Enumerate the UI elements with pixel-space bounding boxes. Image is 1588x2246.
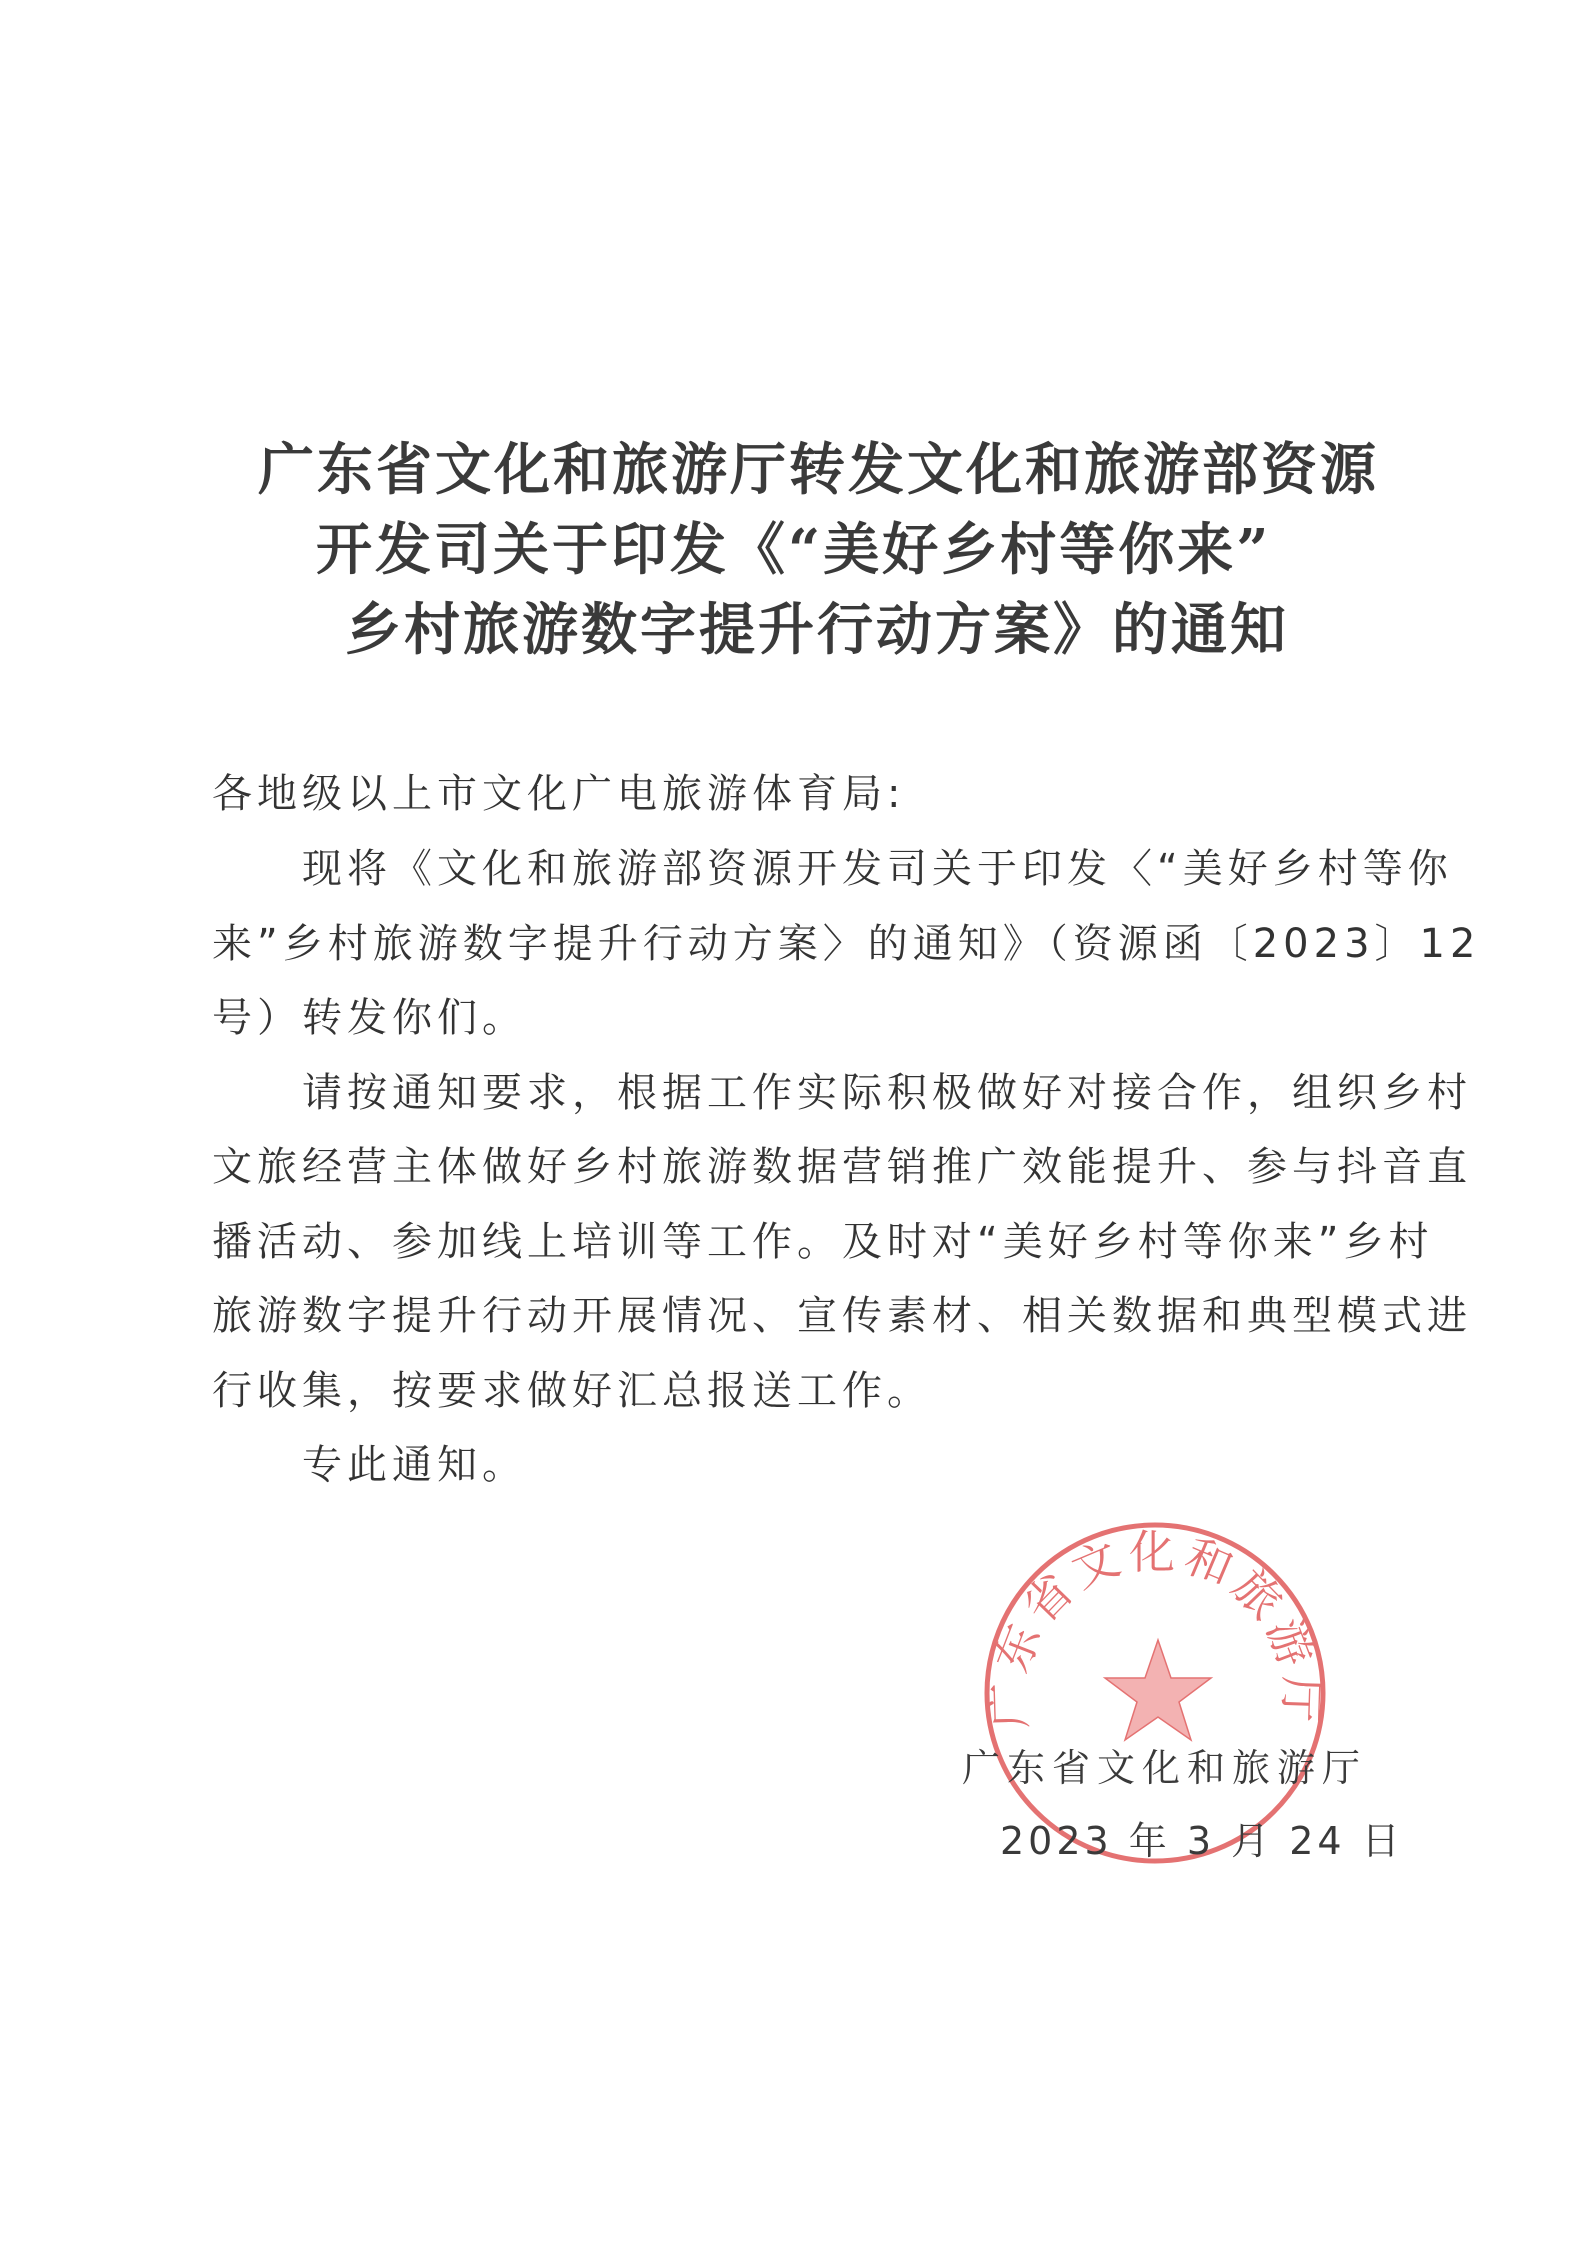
document-title-line-2: 开发司关于印发《“美好乡村等你来”	[316, 520, 1271, 580]
document-page: 广东省文化和旅游厅转发文化和旅游部资源 开发司关于印发《“美好乡村等你来” 乡村…	[0, 0, 1588, 2246]
body-line: 行收集，按要求做好汇总报送工作。	[212, 1369, 932, 1413]
document-title-line-1: 广东省文化和旅游厅转发文化和旅游部资源	[258, 440, 1379, 500]
body-line: 文旅经营主体做好乡村旅游数据营销推广效能提升、参与抖音直	[212, 1145, 1472, 1189]
body-line: 来”乡村旅游数字提升行动方案〉的通知》（资源函〔2023〕12	[212, 922, 1480, 966]
signature-date: 2023 年 3 月 24 日	[1000, 1820, 1404, 1862]
body-line: 号）转发你们。	[212, 996, 527, 1040]
body-line: 播活动、参加线上培训等工作。及时对“美好乡村等你来”乡村	[212, 1220, 1433, 1264]
official-seal: 广东省文化和旅游厅	[980, 1518, 1330, 1868]
signature-organization: 广东省文化和旅游厅	[962, 1747, 1367, 1789]
closing-line: 专此通知。	[302, 1443, 527, 1487]
document-title-line-3: 乡村旅游数字提升行动方案》的通知	[345, 600, 1289, 660]
body-line: 旅游数字提升行动开展情况、宣传素材、相关数据和典型模式进	[212, 1294, 1472, 1338]
body-line: 现将《文化和旅游部资源开发司关于印发〈“美好乡村等你	[302, 847, 1453, 891]
star-icon	[1105, 1640, 1211, 1740]
body-line: 请按通知要求，根据工作实际积极做好对接合作，组织乡村	[302, 1071, 1472, 1115]
salutation: 各地级以上市文化广电旅游体育局:	[212, 772, 905, 816]
